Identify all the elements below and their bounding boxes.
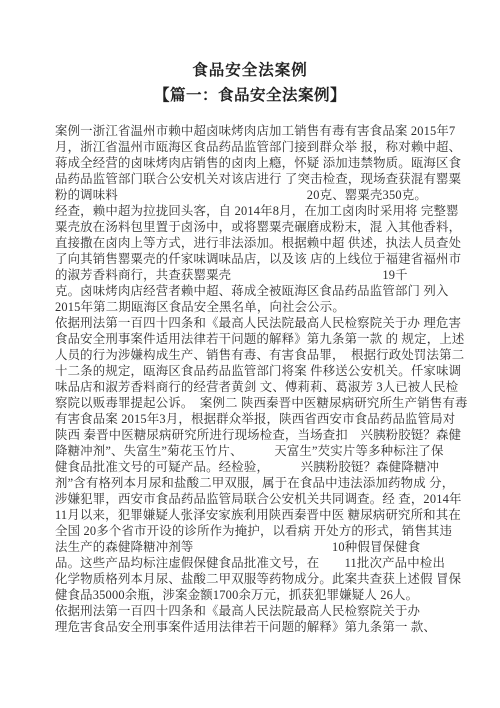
body-text-line: 察院以贩毒罪提起公诉。 案例二 陕西秦晋中医糖尿病研究所生产销售有毒 bbox=[55, 395, 449, 411]
body-text-line: 健食品批准文号的可疑产品。经检验， 兴胰粉胶铤？森健降糖冲 bbox=[55, 459, 449, 475]
body-text-line: 品药品监管部门联合公安机关对该店进行 了突击检查，现场查获混有罂粟 bbox=[55, 171, 449, 187]
body-text-line: 粉的调味料 20克、罂粟壳350克。 bbox=[55, 187, 449, 203]
document-title: 食品安全法案例 bbox=[0, 0, 500, 80]
body-text-line: 2015年第二期瓯海区食品安全黑名单，向社会公示。 bbox=[55, 299, 449, 315]
document-subtitle: 【篇一：食品安全法案例】 bbox=[0, 80, 500, 105]
body-text-line: 涉嫌犯罪，西安市食品药品监管局联合公安机关共同调查。经 查，2014年 bbox=[55, 491, 449, 507]
body-text-line: 经查，赖中超为拉拢回头客，自 2014年8月，在加工卤肉时采用将 完整罂 bbox=[55, 203, 449, 219]
body-text-line: 有害食品案 2015年3月，根据群众举报，陕西省西安市食品药品监管局对 bbox=[55, 411, 449, 427]
body-text-line: 降糖冲剂”、失富生”菊花玉竹片、 天富生”芡实片等多种标注了保 bbox=[55, 443, 449, 459]
body-text-line: 依据刑法第一百四十四条和《最高人民法院最高人民检察院关于办 bbox=[55, 603, 449, 619]
body-text-line: 粟壳放在汤料包里置于卤汤中，或将罂粟壳碾磨成粉末，混 入其他香料， bbox=[55, 219, 449, 235]
body-text-line: 了向其销售罂粟壳的仟家味调味品店，以及该 店的上线位于福建省福州市 bbox=[55, 251, 449, 267]
body-text-line: 克。卤味烤肉店经营者赖中超、蒋成全被瓯海区食品药品监管部门 列入 bbox=[55, 283, 449, 299]
body-text-line: 剂”含有格列本月尿和盐酸二甲双服，属于在食品中违法添加药物成 分， bbox=[55, 475, 449, 491]
body-text-line: 的淑芳香料商行，共查获罂粟壳 19千 bbox=[55, 267, 449, 283]
document-page: 食品安全法案例 【篇一：食品安全法案例】 案例一浙江省温州市赖中超卤味烤肉店加工… bbox=[0, 0, 500, 708]
body-text-line: 品。这些产品均标注虚假保健食品批准文号，在 11批次产品中检出 bbox=[55, 555, 449, 571]
body-text-line: 化学物质格列本月尿、盐酸二甲双服等药物成分。此案共查获上述假 冒保 bbox=[55, 571, 449, 587]
body-text-line: 月，浙江省温州市瓯海区食品药品监管部门接到群众举 报，称对赖中超、 bbox=[55, 139, 449, 155]
body-text-line: 味品店和淑芳香料商行的经营者黄剑 文、傅莉莉、葛淑芳 3人已被人民检 bbox=[55, 379, 449, 395]
body-text-line: 理危害食品安全刑事案件适用法律若干问题的解释》第九条第一 款、 bbox=[55, 619, 449, 635]
body-text-line: 食品安全刑事案件适用法律若干问题的解释》第九条第一款 的 规定，上述 bbox=[55, 331, 449, 347]
body-text-line: 陕西 秦晋中医糖尿病研究所进行现场检查，当场查扣 兴胰粉胶铤？森健 bbox=[55, 427, 449, 443]
body-text-line: 法生产的森健降糖冲剂等 10种假冒保健食 bbox=[55, 539, 449, 555]
body-text-line: 十二条的规定，瓯海区食品药品监管部门将案 件移送公安机关。仟家味调 bbox=[55, 363, 449, 379]
body-text-line: 蒋成全经营的卤味烤肉店销售的卤肉上瘾，怀疑 添加违禁物质。瓯海区食 bbox=[55, 155, 449, 171]
body-text-line: 健食品35000余瓶，涉案金额1700余万元，抓获犯罪嫌疑人 26人。 bbox=[55, 587, 449, 603]
body-text-line: 人员的行为涉嫌构成生产、销售有毒、有害食品罪， 根据行政处罚法第二 bbox=[55, 347, 449, 363]
body-text-line: 直接撒在卤肉上等方式，进行非法添加。根据赖中超 供述，执法人员查处 bbox=[55, 235, 449, 251]
body-text-line: 案例一浙江省温州市赖中超卤味烤肉店加工销售有毒有害食品案 2015年7 bbox=[55, 123, 449, 139]
document-body-text: 案例一浙江省温州市赖中超卤味烤肉店加工销售有毒有害食品案 2015年7月，浙江省… bbox=[55, 123, 449, 635]
body-text-line: 依据刑法第一百四十四条和《最高人民法院最高人民检察院关于办 理危害 bbox=[55, 315, 449, 331]
body-text-line: 全国 20多个省市开设的诊所作为掩护，以看病 开处方的形式，销售其违 bbox=[55, 523, 449, 539]
body-text-line: 11月以来，犯罪嫌疑人张泽安家族利用陕西秦晋中医 糖尿病研究所和其在 bbox=[55, 507, 449, 523]
